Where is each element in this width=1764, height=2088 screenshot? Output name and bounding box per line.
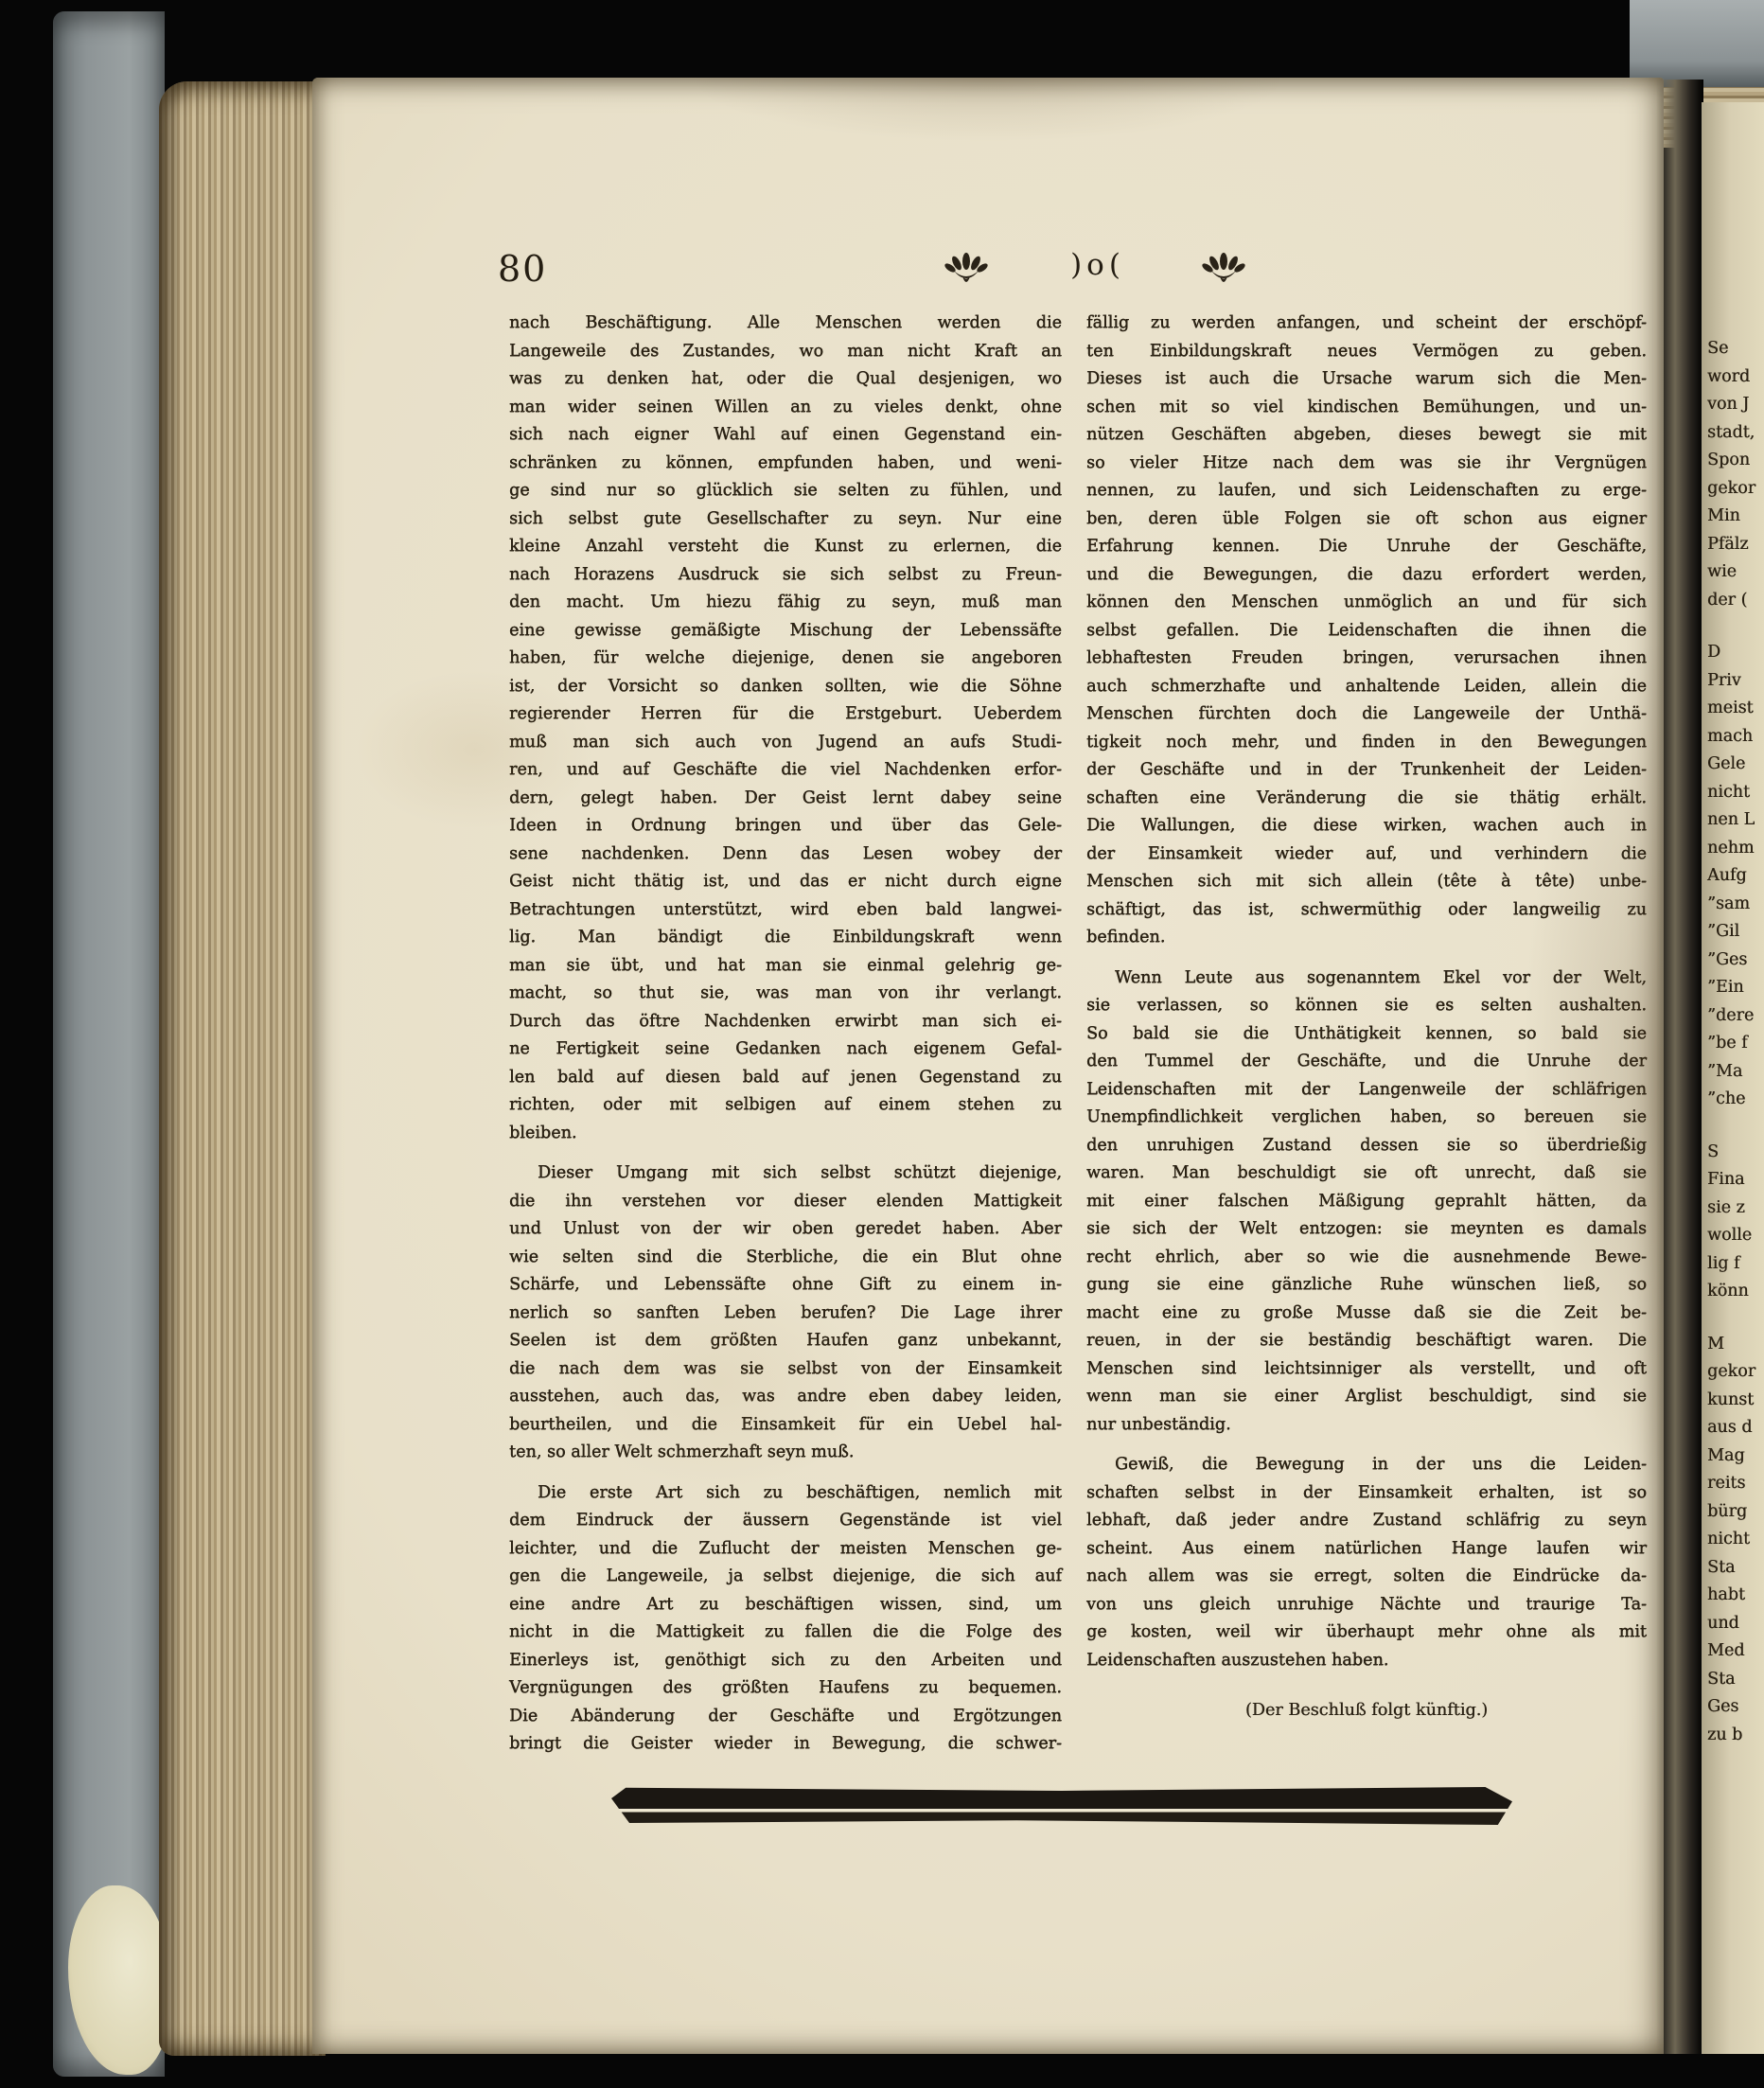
text-line: Wenn Leute aus sogenanntem Ekel vor der … [1086,968,1647,997]
text-line: schaften selbst in der Einsamkeit erhalt… [1086,1483,1647,1512]
text-line: bürg [1702,1502,1764,1531]
text-line: ”dere [1702,1006,1764,1035]
text-line: haben, für welche diejenige, denen sie a… [509,648,1062,677]
text-line: gen die Langeweile, ja selbst diejenige,… [509,1566,1062,1595]
text-line: Langeweile des Zustandes, wo man nicht K… [509,342,1062,370]
gutter-shadow [1656,80,1703,2054]
text-line: ge kosten, weil wir überhaupt mehr ohne … [1086,1622,1647,1651]
fragment-block: Mgekorkunstaus dMagreitsbürgnichtStahabt… [1702,1335,1764,1754]
text-line: man sie übt, und hat man sie einmal gele… [509,956,1062,984]
text-line: können den Menschen unmöglich an und für… [1086,593,1647,621]
text-line: sie verlassen, so können sie es selten a… [1086,996,1647,1024]
text-line: nach Beschäftigung. Alle Menschen werden… [509,313,1062,342]
text-line: gekor [1702,1362,1764,1390]
text-line: sie z [1702,1198,1764,1227]
text-line: Schärfe, und Lebenssäfte ohne Gift zu ei… [509,1275,1062,1303]
text-line: sene nachdenken. Denn das Lesen wobey de… [509,844,1062,873]
text-line: Fina [1702,1170,1764,1198]
bottom-rule-ornament [611,1787,1512,1825]
text-column-left: nach Beschäftigung. Alle Menschen werden… [509,313,1062,1775]
text-line: Geist nicht thätig ist, und das er nicht… [509,872,1062,900]
text-line: ten, so aller Welt schmerzhaft seyn muß. [509,1442,1062,1471]
text-line: wolle [1702,1226,1764,1254]
text-line: scheint. Aus einem natürlichen Hange lau… [1086,1539,1647,1567]
text-line: den Tummel der Geschäfte, und die Unruhe… [1086,1052,1647,1080]
text-line: dem Eindruck der äussern Gegenstände ist… [509,1511,1062,1539]
text-line: len bald auf diesen bald auf jenen Gegen… [509,1068,1062,1096]
next-page-sliver: Sewordvon Jstadt,SpongekorMinPfälzwieder… [1702,102,1764,2054]
text-line: Se [1702,339,1764,367]
text-line: ”Ma [1702,1062,1764,1090]
text-line: Spon [1702,451,1764,479]
text-line: sie sich der Welt entzogen: sie meynten … [1086,1219,1647,1247]
text-line: nach Horazens Ausdruck sie sich selbst z… [509,565,1062,593]
text-line: Menschen fürchten doch die Langeweile de… [1086,704,1647,733]
text-line: nicht [1702,1530,1764,1558]
text-line: ist, der Vorsicht so danken sollten, wie… [509,677,1062,705]
text-line: wie [1702,562,1764,591]
text-line: Vergnügungen des größten Haufens zu bequ… [509,1678,1062,1707]
text-line: kunst [1702,1390,1764,1419]
paragraph: fällig zu werden anfangen, und scheint d… [1086,313,1647,956]
text-line: ”be f [1702,1034,1764,1062]
text-line: Gele [1702,754,1764,783]
text-line: gung sie eine gänzliche Ruhe wünschen li… [1086,1275,1647,1303]
text-line: und [1702,1614,1764,1642]
text-line: man wider seinen Willen an zu vieles den… [509,398,1062,426]
text-line: ren, und auf Geschäfte die viel Nachdenk… [509,760,1062,788]
text-line: mit einer falschen Mäßigung geprahlt hät… [1086,1192,1647,1220]
book-page: 80 )o( nach Beschäftigung. Alle Menschen… [312,78,1664,2054]
paragraph: Die erste Art sich zu beschäftigen, neml… [509,1483,1062,1762]
text-line: Sta [1702,1558,1764,1586]
text-line: von uns gleich unruhige Nächte und traur… [1086,1595,1647,1623]
text-line: wenn man sie einer Arglist beschuldigt, … [1086,1387,1647,1415]
text-line: zu b [1702,1725,1764,1754]
text-line: beurtheilen, und die Einsamkeit für ein … [509,1415,1062,1443]
text-line: tigkeit noch mehr, und finden in den Bew… [1086,733,1647,761]
text-line: ”Ein [1702,978,1764,1006]
text-line: nur unbeständig. [1086,1415,1647,1443]
text-line: reuen, in der sie beständig beschäftigt … [1086,1331,1647,1359]
text-line: Erfahrung kennen. Die Unruhe der Geschäf… [1086,537,1647,565]
text-line: nehm [1702,839,1764,867]
header-separator: )o( [1046,248,1150,282]
book-cover-left [53,11,165,2077]
text-line: Die Wallungen, die diese wirken, wachen … [1086,816,1647,844]
text-line: der ( [1702,591,1764,619]
text-line: nerlich so sanften Leben berufen? Die La… [509,1303,1062,1332]
text-line: schaften eine Veränderung die sie thätig… [1086,788,1647,817]
text-line: Durch das öftre Nachdenken erwirbt man s… [509,1012,1062,1040]
text-line: eine andre Art zu beschäftigen wissen, s… [509,1595,1062,1623]
text-line: nicht [1702,783,1764,811]
text-line: macht, so thut sie, was man von ihr verl… [509,983,1062,1012]
text-line: eine gewisse gemäßigte Mischung der Lebe… [509,621,1062,649]
text-line: nützen Geschäften abgeben, dieses bewegt… [1086,425,1647,453]
text-line: gekor [1702,479,1764,507]
text-line: lebhaft, daß jeder andre Zustand schläfr… [1086,1511,1647,1539]
text-line: recht ehrlich, aber so wie die ausnehmen… [1086,1247,1647,1276]
paragraph: Wenn Leute aus sogenanntem Ekel vor der … [1086,968,1647,1443]
text-line: regierender Herren für die Erstgeburt. U… [509,704,1062,733]
text-line: M [1702,1335,1764,1363]
text-line: dern, gelegt haben. Der Geist lernt dabe… [509,788,1062,817]
text-line: nach allem was sie erregt, solten die Ei… [1086,1566,1647,1595]
page-number: 80 [498,248,547,290]
text-line: Min [1702,506,1764,535]
text-line: ausstehen, auch das, was andre eben dabe… [509,1387,1062,1415]
text-line: ”Ges [1702,950,1764,979]
text-line: Leidenschaften auszustehen haben. [1086,1651,1647,1679]
text-line: schen mit so viel kindischen Bemühungen,… [1086,398,1647,426]
text-line: den unruhigen Zustand dessen sie so über… [1086,1136,1647,1164]
text-line: auch schmerzhafte und anhaltende Leiden,… [1086,677,1647,705]
text-line: ten Einbildungskraft neues Vermögen zu g… [1086,342,1647,370]
text-line: reits [1702,1474,1764,1502]
text-line: von J [1702,395,1764,423]
text-line: und Unlust von der wir oben geredet habe… [509,1219,1062,1247]
text-line: lig. Man bändigt die Einbildungskraft we… [509,928,1062,956]
text-column-right: fällig zu werden anfangen, und scheint d… [1086,313,1647,1720]
text-line: Dieses ist auch die Ursache warum sich d… [1086,369,1647,398]
page-edges-left-stack [159,81,326,2056]
text-line: Seelen ist dem größten Haufen ganz unbek… [509,1331,1062,1359]
text-line: den macht. Um hiezu fähig zu seyn, muß m… [509,593,1062,621]
text-line: stadt, [1702,423,1764,451]
paragraph: Dieser Umgang mit sich selbst schützt di… [509,1163,1062,1471]
text-line: schäftigt, das ist, schwermüthig oder la… [1086,900,1647,929]
text-line: Unempfindlichkeit verglichen haben, so b… [1086,1107,1647,1136]
text-line: die nach dem was sie selbst von der Eins… [509,1359,1062,1388]
text-line: Ideen in Ordnung bringen und über das Ge… [509,816,1062,844]
text-line: nicht in die Mattigkeit zu fallen die di… [509,1622,1062,1651]
text-line: Aufg [1702,866,1764,894]
text-line: sich nach eigner Wahl auf einen Gegensta… [509,425,1062,453]
text-line: Die erste Art sich zu beschäftigen, neml… [509,1483,1062,1512]
text-line: Mag [1702,1446,1764,1475]
fragment-block: DPrivmeistmachGelenichtnen LnehmAufg”sam… [1702,643,1764,1118]
text-line: die ihn verstehen vor dieser elenden Mat… [509,1192,1062,1220]
text-line: wie selten sind die Sterbliche, die ein … [509,1247,1062,1276]
text-line: so vieler Hitze nach dem was sie ihr Ver… [1086,453,1647,482]
text-line: Pfälz [1702,535,1764,563]
text-line: aus d [1702,1418,1764,1446]
text-line: Priv [1702,671,1764,699]
text-line: S [1702,1142,1764,1171]
text-line: Die Abänderung der Geschäfte und Ergötzu… [509,1707,1062,1735]
text-line: nennen, zu laufen, und sich Leidenschaft… [1086,481,1647,509]
fragment-block: Sewordvon Jstadt,SpongekorMinPfälzwieder… [1702,339,1764,618]
text-line: mach [1702,727,1764,755]
fragment-block: SFinasie zwollelig fkönn [1702,1142,1764,1310]
paragraph: nach Beschäftigung. Alle Menschen werden… [509,313,1062,1151]
text-line: ”che [1702,1089,1764,1118]
text-line: Med [1702,1641,1764,1670]
text-line: bringt die Geister wieder in Bewegung, d… [509,1734,1062,1762]
text-line: Menschen sind leichtsinniger als verstel… [1086,1359,1647,1388]
text-line: befinden. [1086,928,1647,956]
text-line: ben, deren üble Folgen sie oft schon aus… [1086,509,1647,538]
text-line: muß man sich auch von Jugend an aufs Stu… [509,733,1062,761]
text-line: Leidenschaften mit der Langenweile der s… [1086,1080,1647,1108]
text-line: lebhaftesten Freuden bringen, verursache… [1086,648,1647,677]
text-line: Einerleys ist, genöthigt sich zu den Arb… [509,1651,1062,1679]
text-line: So bald sie die Unthätigkeit kennen, so … [1086,1024,1647,1053]
text-line: macht eine zu große Musse daß sie die Ze… [1086,1303,1647,1332]
text-line: was zu denken hat, oder die Qual desjeni… [509,369,1062,398]
text-line: ge sind nur so glücklich sie selten zu f… [509,481,1062,509]
text-line: waren. Man beschuldigt sie oft unrecht, … [1086,1163,1647,1192]
text-line: bleiben. [509,1124,1062,1152]
next-page-text-fragment: Sewordvon Jstadt,SpongekorMinPfälzwieder… [1702,339,1764,1778]
text-line: ”sam [1702,894,1764,923]
text-line: ”Gil [1702,922,1764,950]
text-line: ne Fertigkeit seine Gedanken nach eigene… [509,1039,1062,1068]
text-line: sich selbst gute Gesellschafter zu seyn.… [509,509,1062,538]
text-line: meist [1702,699,1764,727]
text-line: der Einsamkeit wieder auf, und verhinder… [1086,844,1647,873]
fleuron-ornament-icon [944,250,988,292]
text-line: Betrachtungen unterstützt, wird eben bal… [509,900,1062,929]
text-line: Dieser Umgang mit sich selbst schützt di… [509,1163,1062,1192]
text-line: könn [1702,1282,1764,1310]
text-line: fällig zu werden anfangen, und scheint d… [1086,313,1647,342]
text-line: selbst gefallen. Die Leidenschaften die … [1086,621,1647,649]
text-line: und die Bewegungen, die dazu erfordert w… [1086,565,1647,593]
text-line: Ges [1702,1697,1764,1725]
text-line: word [1702,367,1764,396]
text-line: kleine Anzahl versteht die Kunst zu erle… [509,537,1062,565]
text-line: lig f [1702,1254,1764,1283]
text-line: Gewiß, die Bewegung in der uns die Leide… [1086,1455,1647,1483]
book-cover-top-right [1630,0,1764,87]
fleuron-ornament-icon [1202,250,1245,292]
text-line: nen L [1702,810,1764,839]
text-line: Menschen sich mit sich allein (tête à tê… [1086,872,1647,900]
text-line: habt [1702,1585,1764,1614]
text-line: Sta [1702,1670,1764,1698]
text-line: der Geschäfte und in der Trunkenheit der… [1086,760,1647,788]
closing-note: (Der Beschluß folgt künftig.) [1086,1701,1647,1720]
text-line: richten, oder mit selbigen auf einem ste… [509,1095,1062,1124]
paragraph: Gewiß, die Bewegung in der uns die Leide… [1086,1455,1647,1678]
text-line: D [1702,643,1764,671]
text-line: schränken zu können, empfunden haben, un… [509,453,1062,482]
text-line: leichter, und die Zuflucht der meisten M… [509,1539,1062,1567]
